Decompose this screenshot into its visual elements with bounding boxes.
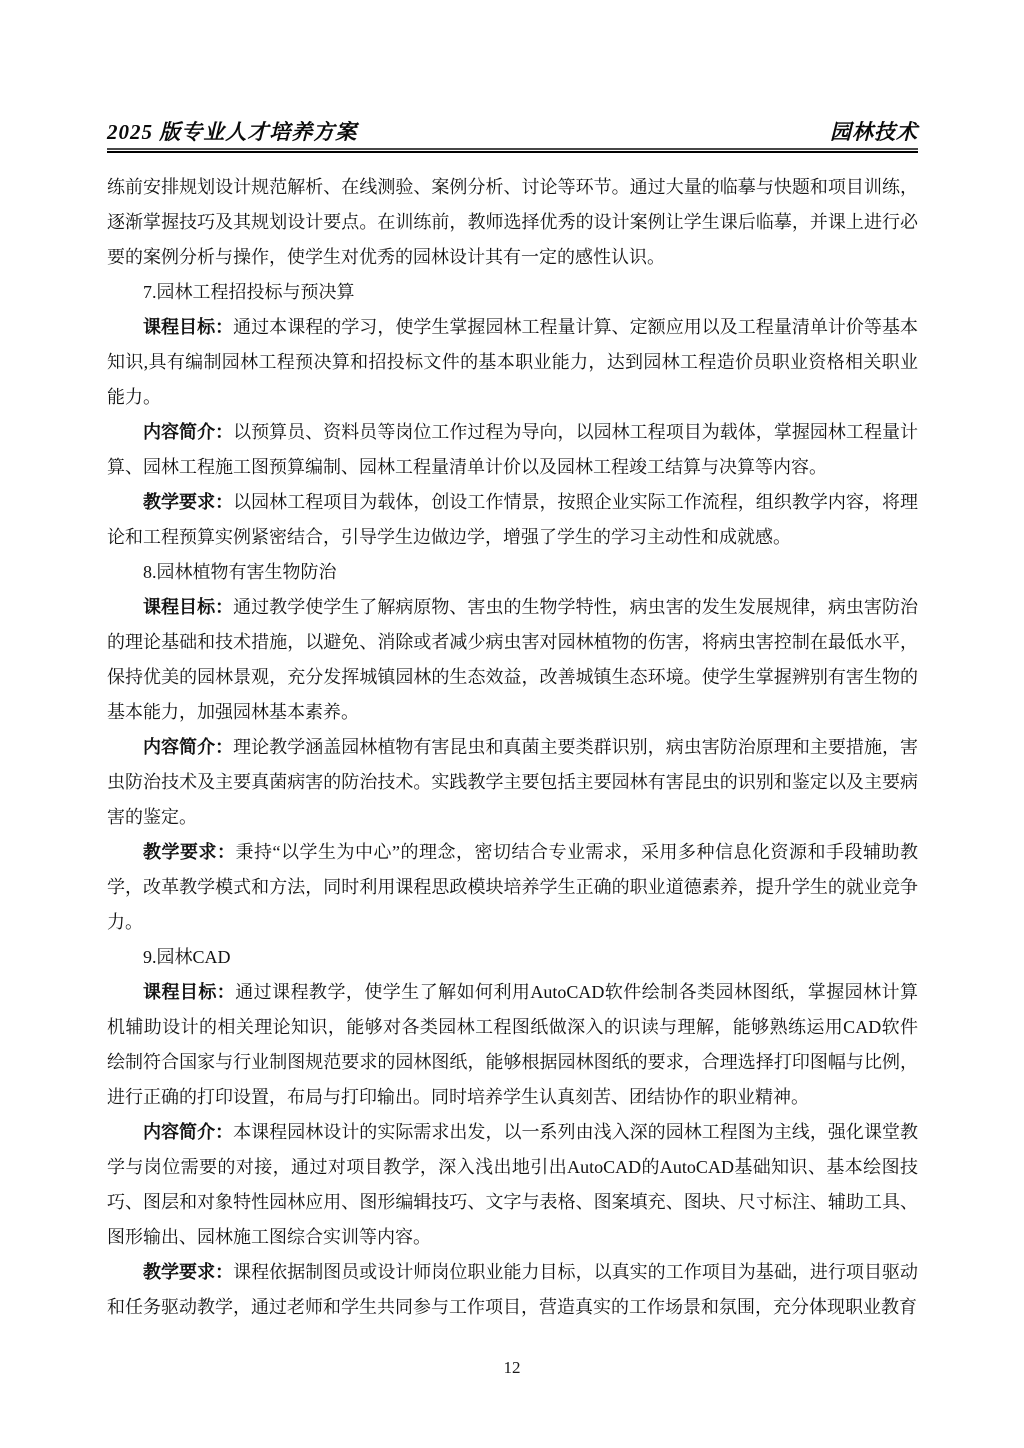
- section-heading-8: 8.园林植物有害生物防治: [107, 555, 918, 590]
- teaching-requirement-label: 教学要求：: [143, 842, 236, 862]
- teaching-requirement-label: 教学要求：: [143, 492, 233, 512]
- paragraph-course-objective-9: 课程目标：通过课程教学，使学生了解如何利用AutoCAD软件绘制各类园林图纸，掌…: [107, 975, 918, 1115]
- paragraph-content-intro-8: 内容简介：理论教学涵盖园林植物有害昆虫和真菌主要类群识别，病虫害防治原理和主要措…: [107, 730, 918, 835]
- header-rule: [107, 148, 918, 153]
- document-body: 练前安排规划设计规范解析、在线测验、案例分析、讨论等环节。通过大量的临摹与快题和…: [107, 170, 918, 1325]
- document-page: 2025 版专业人才培养方案 园林技术 练前安排规划设计规范解析、在线测验、案例…: [0, 0, 1024, 1448]
- content-intro-label: 内容简介：: [143, 422, 233, 442]
- teaching-requirement-label: 教学要求：: [143, 1262, 233, 1282]
- page-number: 12: [0, 1358, 1024, 1378]
- paragraph-content-intro-7: 内容简介：以预算员、资料员等岗位工作过程为导向，以园林工程项目为载体，掌握园林工…: [107, 415, 918, 485]
- paragraph-course-objective-7: 课程目标：通过本课程的学习，使学生掌握园林工程量计算、定额应用以及工程量清单计价…: [107, 310, 918, 415]
- paragraph-teaching-requirement-7: 教学要求：以园林工程项目为载体，创设工作情景，按照企业实际工作流程，组织教学内容…: [107, 485, 918, 555]
- course-objective-label: 课程目标：: [143, 982, 235, 1002]
- header-major-title: 园林技术: [830, 116, 918, 146]
- paragraph-content-intro-9: 内容简介：本课程园林设计的实际需求出发，以一系列由浅入深的园林工程图为主线，强化…: [107, 1115, 918, 1255]
- header-plan-title: 2025 版专业人才培养方案: [107, 116, 357, 146]
- paragraph-continuation: 练前安排规划设计规范解析、在线测验、案例分析、讨论等环节。通过大量的临摹与快题和…: [107, 170, 918, 275]
- paragraph-teaching-requirement-8: 教学要求：秉持“以学生为中心”的理念，密切结合专业需求，采用多种信息化资源和手段…: [107, 835, 918, 940]
- content-intro-label: 内容简介：: [143, 1122, 233, 1142]
- page-header: 2025 版专业人才培养方案 园林技术: [107, 116, 918, 146]
- section-heading-9: 9.园林CAD: [107, 940, 918, 975]
- course-objective-label: 课程目标：: [143, 597, 233, 617]
- section-heading-7: 7.园林工程招投标与预决算: [107, 275, 918, 310]
- content-intro-label: 内容简介：: [143, 737, 233, 757]
- paragraph-course-objective-8: 课程目标：通过教学使学生了解病原物、害虫的生物学特性，病虫害的发生发展规律，病虫…: [107, 590, 918, 730]
- course-objective-label: 课程目标：: [143, 317, 233, 337]
- paragraph-teaching-requirement-9: 教学要求：课程依据制图员或设计师岗位职业能力目标，以真实的工作项目为基础，进行项…: [107, 1255, 918, 1325]
